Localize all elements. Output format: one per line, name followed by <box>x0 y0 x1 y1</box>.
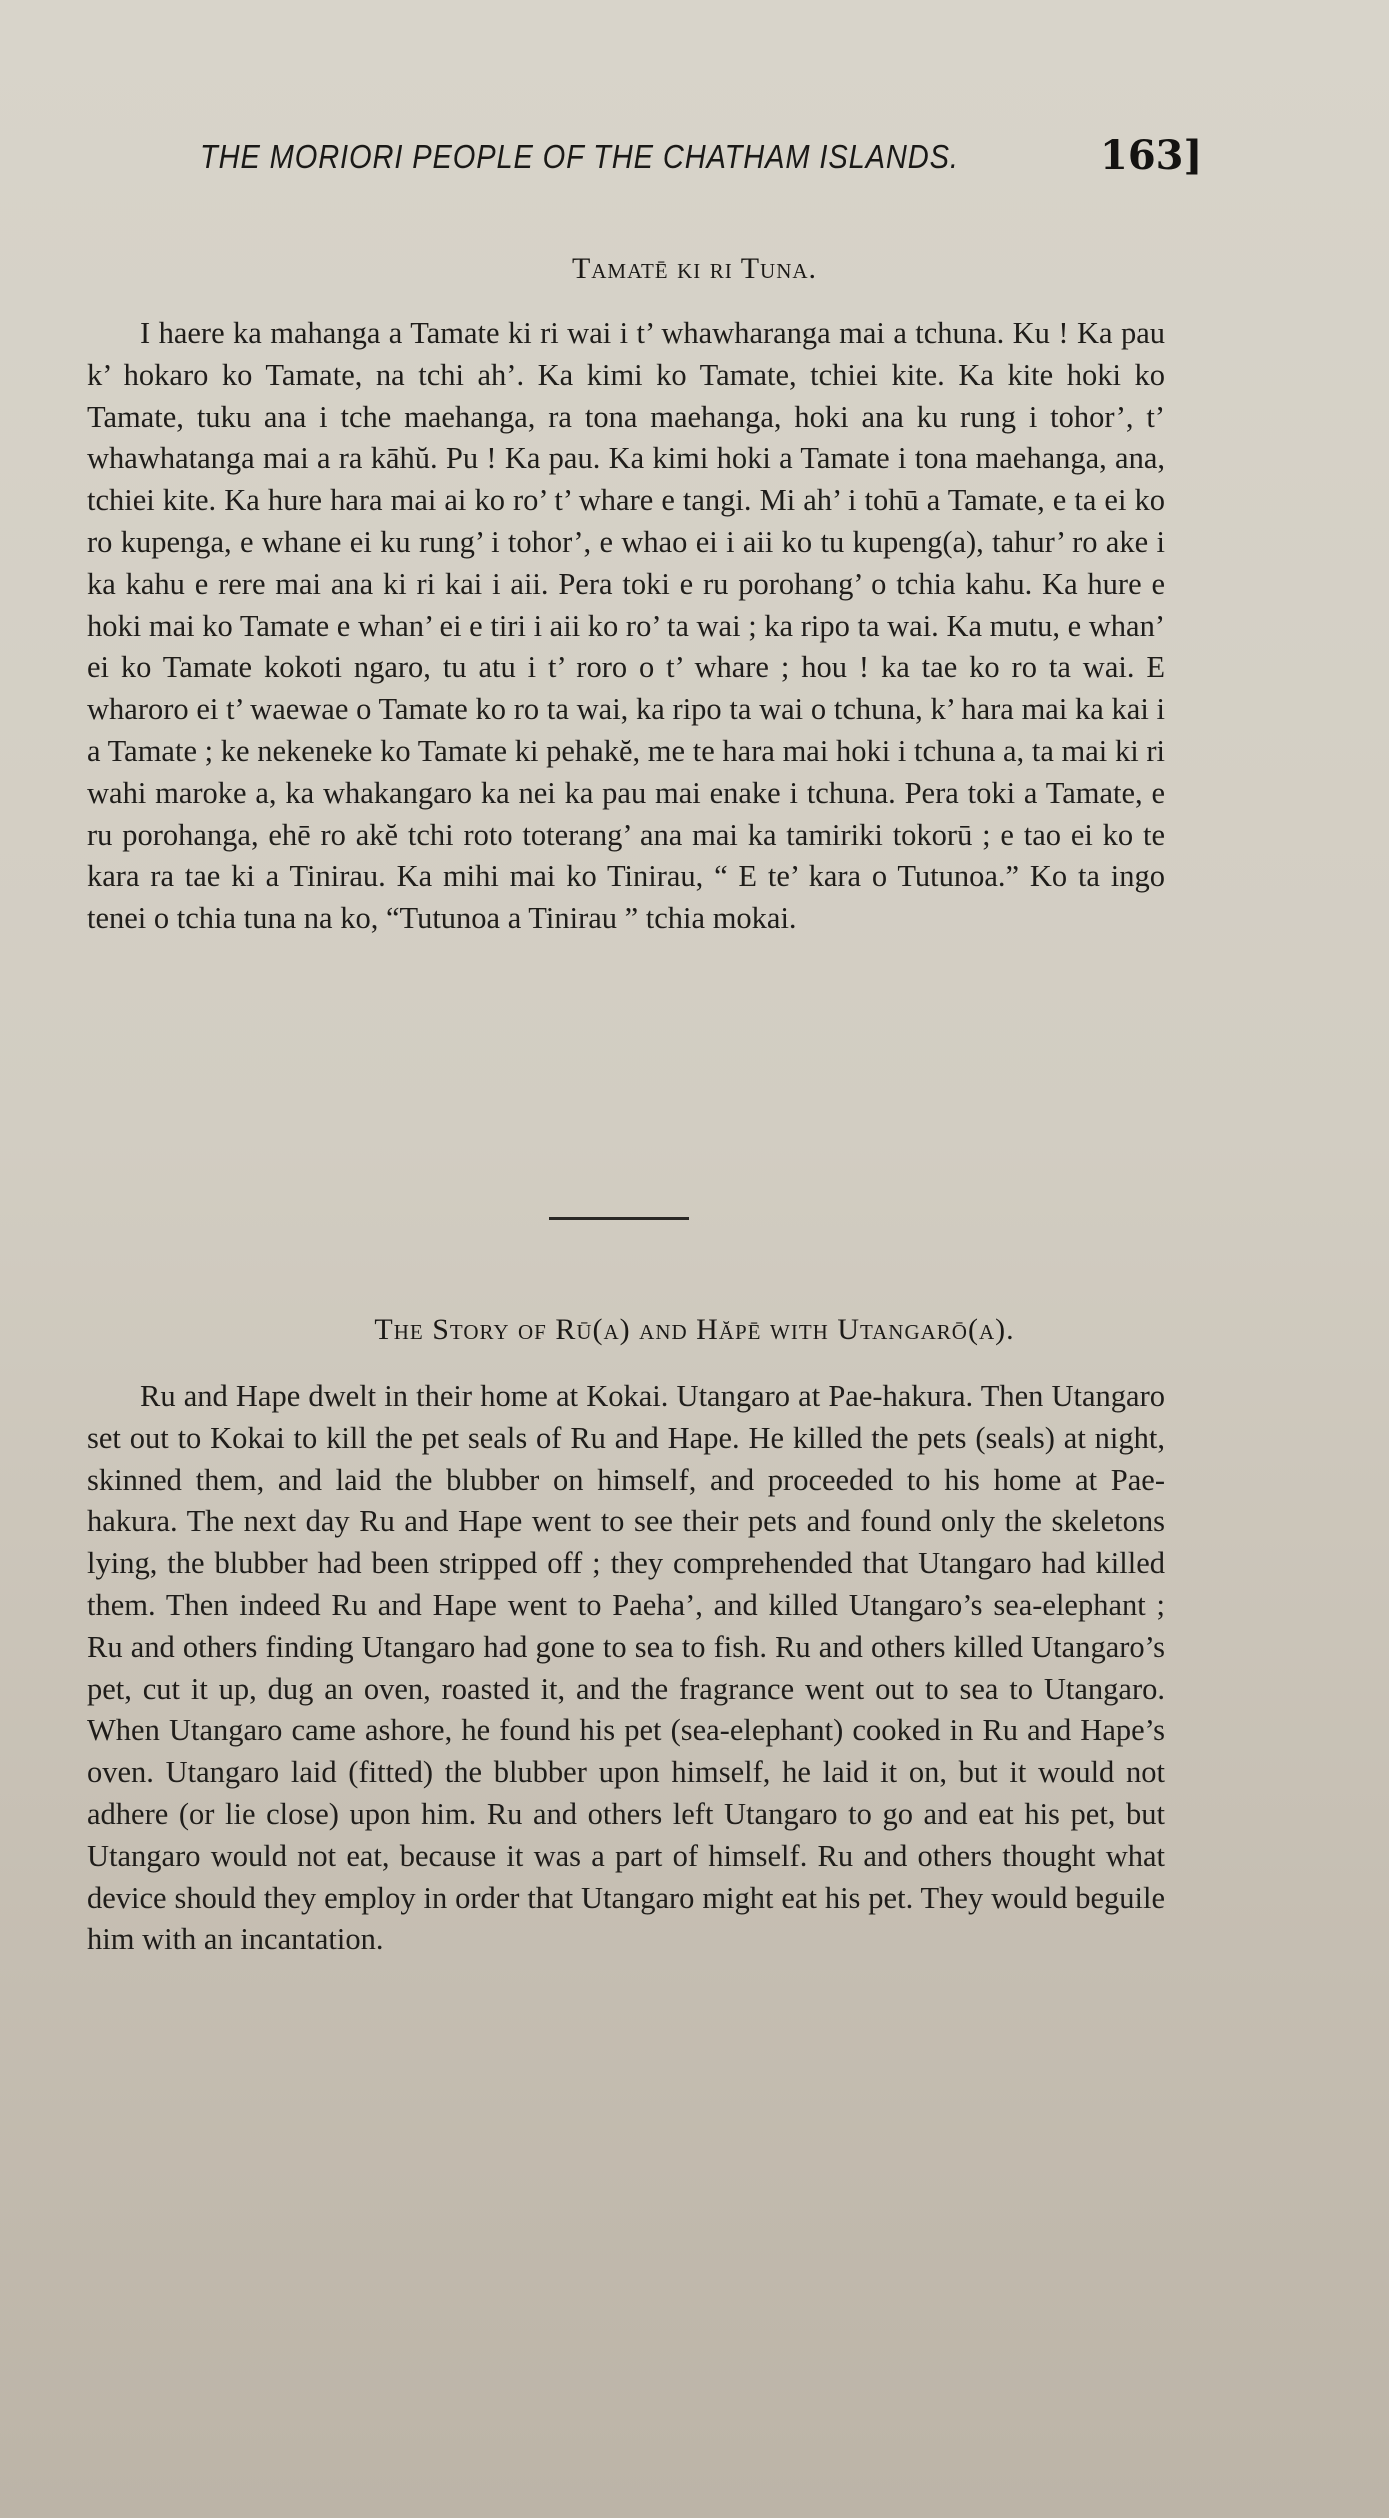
section-body-ru-hape: Ru and Hape dwelt in their home at Kokai… <box>87 1376 1165 1961</box>
running-title: THE MORIORI PEOPLE OF THE CHATHAM ISLAND… <box>200 138 939 176</box>
section-body-tamate: I haere ka mahanga a Tamate ki ri wai i … <box>87 313 1165 940</box>
book-page: THE MORIORI PEOPLE OF THE CHATHAM ISLAND… <box>0 0 1389 2518</box>
section-title-ru-hape: The Story of Rū(a) and Hăpē with Utangar… <box>0 1313 1389 1347</box>
paragraph: Ru and Hape dwelt in their home at Kokai… <box>87 1376 1165 1961</box>
section-title-tamate: Tamatē ki ri Tuna. <box>0 252 1389 286</box>
page-number: 163] <box>1100 132 1202 179</box>
paragraph: I haere ka mahanga a Tamate ki ri wai i … <box>87 313 1165 940</box>
section-divider <box>549 1217 689 1220</box>
